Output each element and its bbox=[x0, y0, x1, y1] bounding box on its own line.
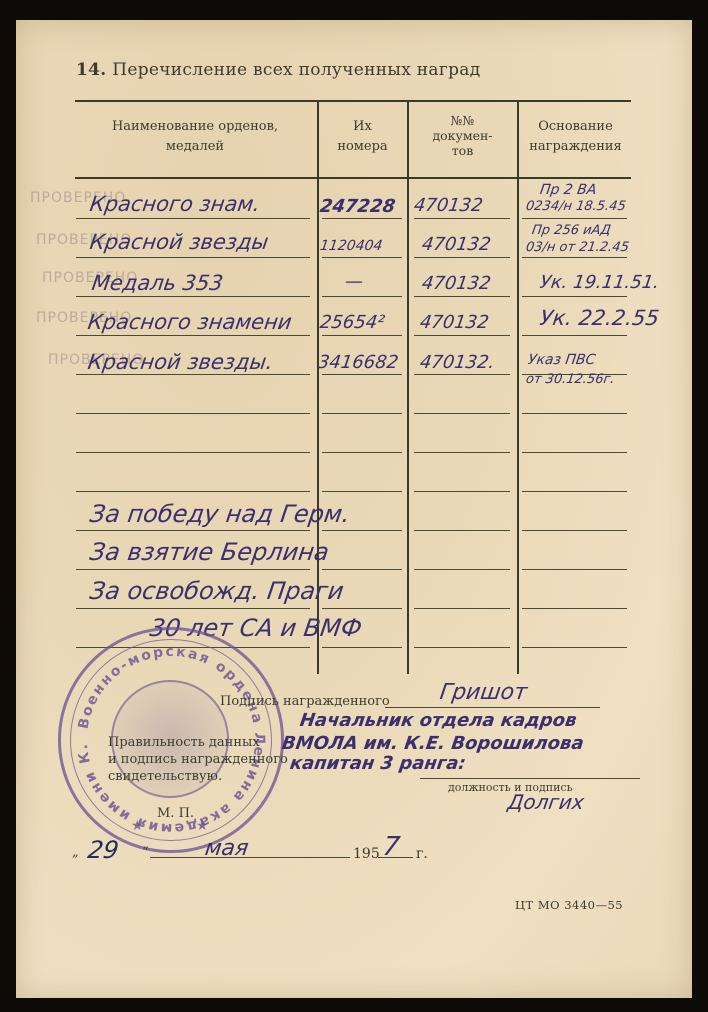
table-header-rule bbox=[75, 177, 631, 179]
header-numbers-line: номера bbox=[318, 137, 407, 157]
header-documents-line: докумен- bbox=[408, 128, 517, 143]
document-number: 470132 bbox=[421, 273, 493, 294]
medal-entry: За освобожд. Праги bbox=[88, 577, 346, 605]
award-basis: Пр 2 ВА bbox=[539, 182, 598, 198]
document-number: 470132 bbox=[419, 312, 491, 333]
award-basis: 03/н от 21.2.45 bbox=[525, 240, 630, 255]
header-name-line: медалей bbox=[80, 137, 310, 157]
recipient-signature-label: Подпись награжденного bbox=[220, 694, 390, 709]
section-number: 14. bbox=[76, 60, 106, 80]
svg-text:★: ★ bbox=[131, 818, 144, 834]
award-number: 247228 bbox=[319, 196, 397, 217]
header-name: Наименование орденов, медалей bbox=[80, 117, 310, 157]
official-position: капитан 3 ранга: bbox=[289, 753, 468, 774]
print-code: ЦТ МО 3440—55 bbox=[515, 898, 623, 912]
official-position: Начальник отдела кадров bbox=[299, 710, 578, 731]
date-year-end: г. bbox=[416, 846, 428, 862]
header-numbers: Их номера bbox=[318, 117, 407, 157]
date-close-quote: “ bbox=[142, 845, 149, 860]
verification-label: Правильность данных и подпись награжденн… bbox=[108, 734, 288, 785]
svg-text:★: ★ bbox=[196, 818, 209, 834]
header-name-line: Наименование орденов, bbox=[80, 117, 310, 137]
medal-entry: За победу над Герм. bbox=[88, 500, 352, 528]
official-position: ВМОЛА им. К.Е. Ворошилова bbox=[281, 733, 586, 754]
award-name: Красного знамени bbox=[86, 310, 293, 334]
section-title-text: Перечисление всех полученных наград bbox=[112, 60, 480, 80]
header-basis-line: награждения bbox=[518, 137, 633, 157]
header-basis: Основание награждения bbox=[518, 117, 633, 157]
award-name: Красной звезды. bbox=[86, 350, 274, 374]
medal-entry: За взятие Берлина bbox=[88, 538, 331, 566]
official-signature: Долгих bbox=[506, 790, 585, 814]
award-number: 25654² bbox=[319, 312, 386, 333]
header-numbers-line: Их bbox=[318, 117, 407, 137]
verification-label-line: свидетельствую. bbox=[108, 768, 288, 785]
header-documents-line: №№ bbox=[408, 113, 517, 128]
document-number: 470132 bbox=[421, 234, 493, 255]
column-divider bbox=[407, 101, 409, 674]
award-name: Медаль 353 bbox=[90, 271, 224, 295]
award-basis: Ук. 22.2.55 bbox=[538, 306, 660, 330]
award-name: Красной звезды bbox=[88, 230, 270, 254]
table-top-rule bbox=[75, 100, 631, 102]
verification-label-line: и подпись награжденного bbox=[108, 751, 288, 768]
award-basis: Пр 256 иАД bbox=[531, 223, 612, 238]
award-basis: Указ ПВС bbox=[527, 352, 597, 368]
award-basis: от 30.12.56г. bbox=[525, 372, 616, 387]
header-documents-line: тов bbox=[408, 143, 517, 158]
award-basis: Ук. 19.11.51. bbox=[539, 272, 661, 293]
date-open-quote: „ bbox=[72, 845, 79, 860]
header-documents: №№ докумен- тов bbox=[408, 113, 517, 158]
date-day: 29 bbox=[86, 836, 120, 864]
award-number: 1120404 bbox=[319, 238, 384, 254]
award-name: Красного знам. bbox=[88, 192, 261, 216]
document-number: 470132 bbox=[413, 195, 485, 216]
seal-place-label: М. П. bbox=[157, 806, 194, 821]
award-number: 3416682 bbox=[317, 352, 400, 373]
document-number: 470132. bbox=[419, 352, 496, 373]
award-number: — bbox=[344, 271, 365, 292]
award-basis: 0234/н 18.5.45 bbox=[525, 199, 627, 214]
verification-label-line: Правильность данных bbox=[108, 734, 288, 751]
official-signature-line bbox=[420, 778, 640, 779]
recipient-signature: Гришот bbox=[438, 680, 528, 705]
date-month-line bbox=[150, 857, 350, 858]
header-basis-line: Основание bbox=[518, 117, 633, 137]
date-month: мая bbox=[203, 836, 250, 861]
section-title: 14. Перечисление всех полученных наград bbox=[76, 60, 480, 80]
recipient-signature-line bbox=[385, 707, 600, 708]
column-divider bbox=[517, 101, 519, 674]
date-year-prefix: 195 bbox=[353, 846, 380, 862]
